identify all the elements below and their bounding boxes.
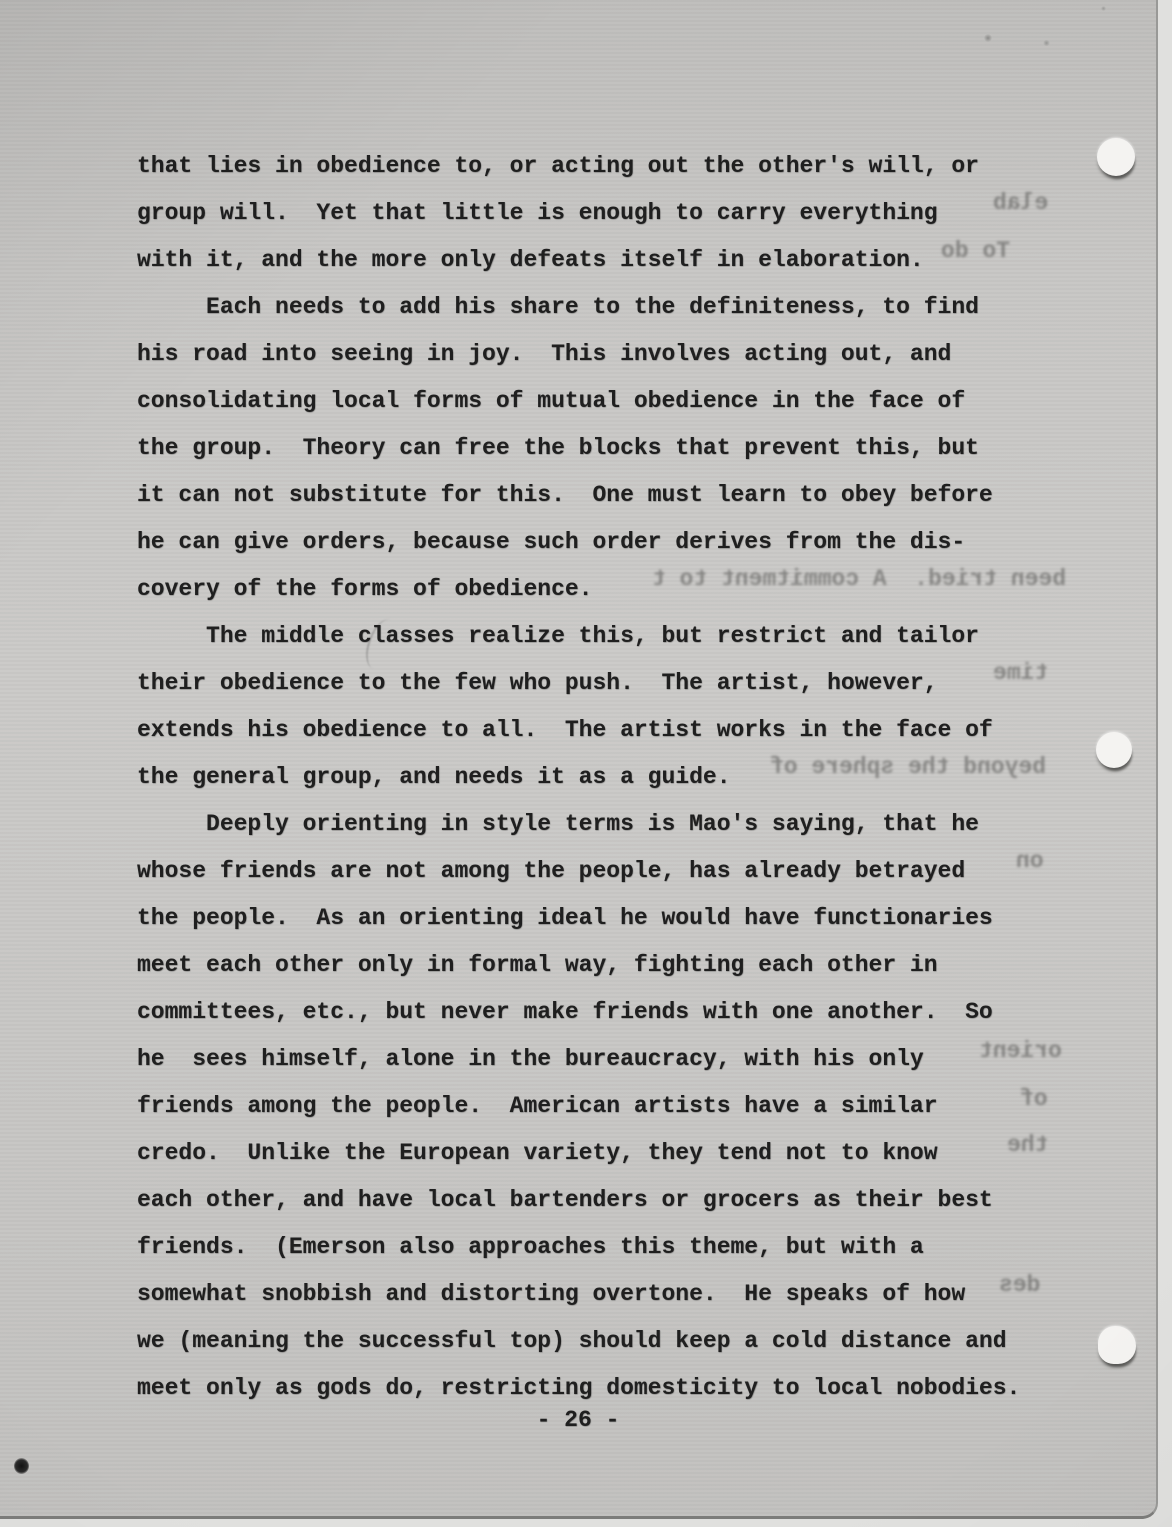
ink-speck (984, 34, 992, 42)
hole-punch-top (1097, 138, 1135, 176)
ink-dot (14, 1458, 29, 1474)
hole-punch-bottom (1098, 1326, 1136, 1364)
ink-speck (1043, 40, 1050, 46)
ink-speck (1101, 6, 1106, 11)
page-number: - 26 - (0, 1400, 1156, 1440)
ghost-text: of (1020, 1086, 1048, 1112)
ghost-text: on (1016, 848, 1044, 874)
typed-text-body: that lies in obedience to, or acting out… (137, 143, 1020, 1412)
scanned-document-page: elab To do been tried. A commitment to t… (0, 0, 1172, 1527)
hole-punch-middle (1096, 732, 1132, 768)
